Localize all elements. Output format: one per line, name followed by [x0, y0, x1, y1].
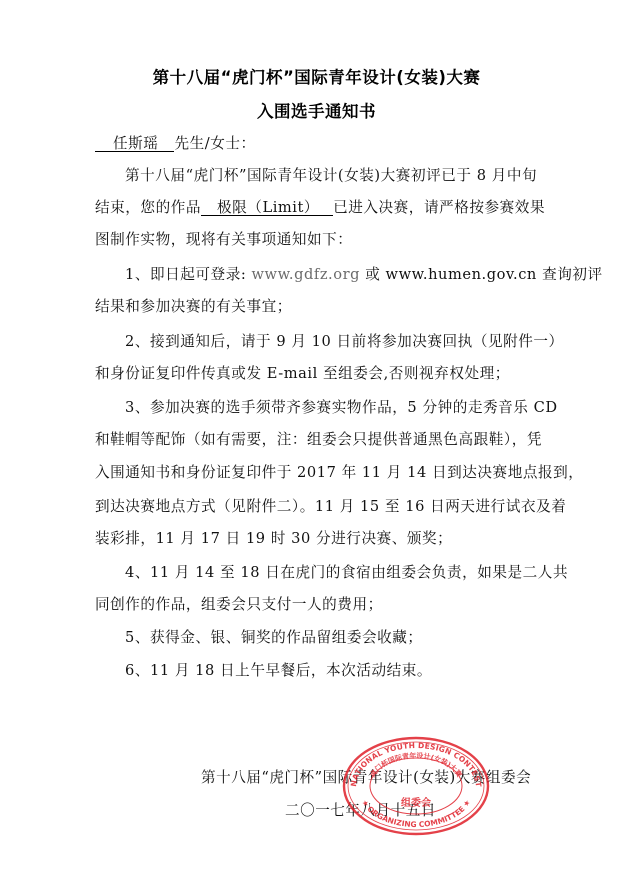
recipient-name: 任斯瑶	[95, 136, 174, 152]
signature-date: 二〇一七年八月十五日	[285, 799, 436, 820]
intro-suffix: 已进入决赛，请严格按参赛效果	[333, 199, 545, 216]
signature-organization: 第十八届“虎门杯”国际青年设计(女装)大赛组委会	[201, 766, 531, 787]
item-1-line-1: 1、即日起可登录: www.gdfz.org 或 www.humen.gov.c…	[95, 265, 571, 285]
intro-line-2: 结束，您的作品极限（Limit）已进入决赛，请严格按参赛效果	[95, 198, 541, 218]
work-title: 极限（Limit）	[201, 200, 333, 216]
salutation: 任斯瑶先生/女士：	[95, 134, 541, 154]
link-gdfz[interactable]: www.gdfz.org	[252, 266, 361, 283]
item-3-line-5: 装彩排，11 月 17 日 19 时 30 分进行决赛、颁奖；	[95, 529, 541, 549]
item-1-suffix: 查询初评	[537, 266, 603, 283]
intro-prefix: 结束，您的作品	[95, 199, 201, 216]
document-subtitle: 入围选手通知书	[0, 98, 633, 122]
salutation-suffix: 先生/女士：	[174, 135, 255, 152]
item-4-line-2: 同创作的作品，组委会只支付一人的费用；	[95, 595, 541, 615]
item-1-or: 或	[360, 266, 386, 283]
item-1-line-2: 结果和参加决赛的有关事宜；	[95, 297, 541, 317]
item-3-line-1: 3、参加决赛的选手须带齐参赛实物作品，5 分钟的走秀音乐 CD	[95, 398, 571, 418]
item-2-line-1: 2、接到通知后，请于 9 月 10 日前将参加决赛回执（见附件一）	[95, 332, 571, 352]
item-3-line-3: 入围通知书和身份证复印件于 2017 年 11 月 14 日到达决赛地点报到，	[95, 463, 541, 483]
item-1-prefix: 1、即日起可登录:	[125, 266, 252, 283]
document-title: 第十八届“虎门杯”国际青年设计(女装)大赛	[0, 64, 633, 88]
intro-line-1: 第十八届“虎门杯”国际青年设计(女装)大赛初评已于 8 月中旬	[95, 166, 571, 186]
item-2-line-2: 和身份证复印件传真或发 E-mail 至组委会,否则视弃权处理；	[95, 364, 541, 384]
intro-line-3: 图制作实物，现将有关事项通知如下：	[95, 230, 541, 250]
item-3-line-4: 到达决赛地点方式（见附件二）。11 月 15 至 16 日两天进行试衣及着	[95, 497, 541, 517]
notice-page: 第十八届“虎门杯”国际青年设计(女装)大赛 入围选手通知书 任斯瑶先生/女士： …	[0, 0, 633, 883]
item-4-line-1: 4、11 月 14 至 18 日在虎门的食宿由组委会负责，如果是二人共	[95, 563, 571, 583]
item-6-line-1: 6、11 月 18 日上午早餐后，本次活动结束。	[95, 661, 571, 681]
link-humen[interactable]: www.humen.gov.cn	[386, 266, 537, 283]
item-5-line-1: 5、获得金、银、铜奖的作品留组委会收藏；	[95, 628, 571, 648]
item-3-line-2: 和鞋帽等配饰（如有需要，注：组委会只提供普通黑色高跟鞋），凭	[95, 430, 541, 450]
